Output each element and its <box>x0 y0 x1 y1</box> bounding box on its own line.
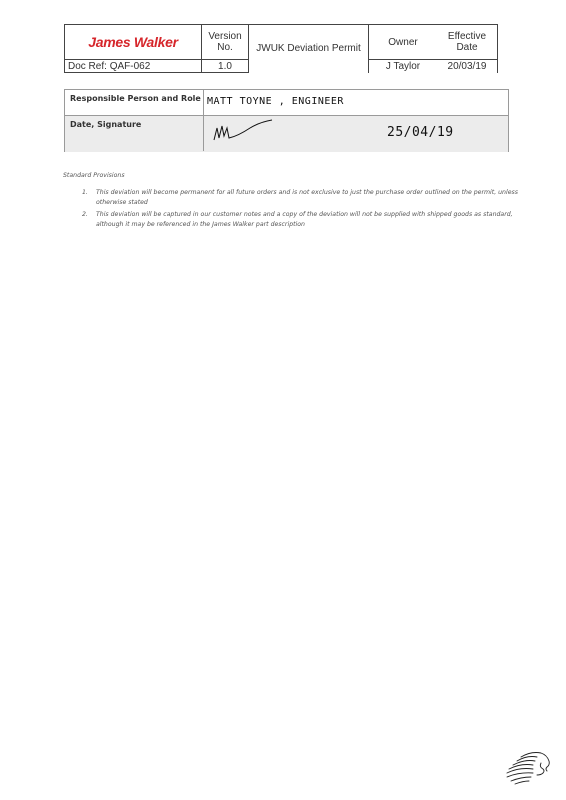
version-value: 1.0 <box>202 60 248 72</box>
date-signature-label: Date, Signature <box>70 120 141 129</box>
company-logo: James Walker <box>65 25 201 59</box>
doc-ref-label: Doc Ref: <box>68 61 107 72</box>
responsible-person-label: Responsible Person and Role <box>70 94 201 103</box>
responsible-person-row: Responsible Person and Role MATT TOYNE ,… <box>65 90 508 116</box>
lion-head-icon <box>503 745 553 787</box>
effective-date-value: 20/03/19 <box>437 60 497 72</box>
provision-text: This deviation will be captured in our c… <box>96 211 513 228</box>
provision-number: 1. <box>82 188 88 198</box>
responsible-person-value: MATT TOYNE , ENGINEER <box>207 96 344 107</box>
provisions-list: 1. This deviation will become permanent … <box>63 188 523 230</box>
provision-number: 2. <box>82 210 88 220</box>
signature-icon <box>210 118 280 148</box>
company-name: James Walker <box>88 37 178 48</box>
doc-ref: Doc Ref: QAF-062 <box>65 60 201 72</box>
doc-ref-value: QAF-062 <box>110 61 151 72</box>
border <box>64 72 248 73</box>
document-header-table: James Walker Doc Ref: QAF-062 Version No… <box>64 24 497 73</box>
effective-date-label: Effective Date <box>437 25 497 59</box>
provision-item: 2. This deviation will be captured in ou… <box>63 210 523 230</box>
owner-label: Owner <box>369 25 437 59</box>
provisions-title: Standard Provisions <box>63 172 523 179</box>
responsibility-table: Responsible Person and Role MATT TOYNE ,… <box>64 89 509 152</box>
provision-item: 1. This deviation will become permanent … <box>63 188 523 208</box>
document-title: JWUK Deviation Permit <box>249 25 368 72</box>
column-divider <box>203 90 204 151</box>
owner-value: J Taylor <box>369 60 437 72</box>
signature-date: 25/04/19 <box>387 125 454 140</box>
standard-provisions: Standard Provisions 1. This deviation wi… <box>63 172 523 232</box>
provision-text: This deviation will become permanent for… <box>96 189 518 206</box>
date-signature-row: Date, Signature 25/04/19 <box>65 116 508 152</box>
version-label: Version No. <box>202 25 248 59</box>
border <box>497 24 498 73</box>
